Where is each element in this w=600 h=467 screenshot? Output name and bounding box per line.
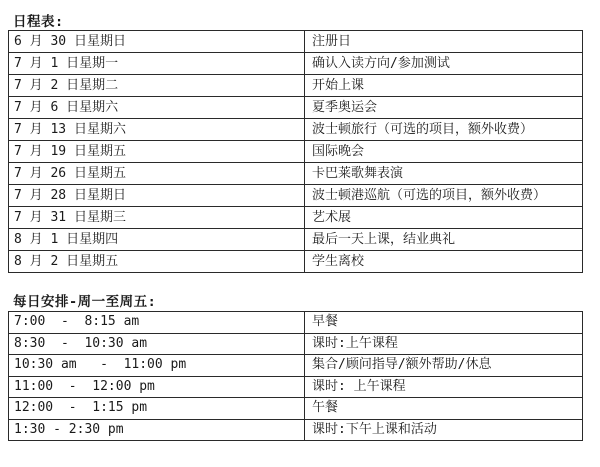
- table-row: 7 月 2 日星期二 开始上课: [9, 75, 583, 97]
- table-row: 8:30 - 10:30 am 课时:上午课程: [9, 333, 583, 355]
- time-cell: 8:30 - 10:30 am: [9, 333, 305, 355]
- event-cell: 艺术展: [305, 207, 583, 229]
- date-cell: 7 月 2 日星期二: [9, 75, 305, 97]
- schedule-title: 日程表:: [13, 10, 64, 30]
- schedule-table: 6 月 30 日星期日 注册日 7 月 1 日星期一 确认入读方向/参加测试 7…: [8, 30, 583, 273]
- event-cell: 确认入读方向/参加测试: [305, 53, 583, 75]
- table-row: 7 月 13 日星期六 波士顿旅行（可选的项目，额外收费）: [9, 119, 583, 141]
- activity-cell: 午餐: [305, 398, 583, 420]
- table-row: 10:30 am - 11:00 pm 集合/顾问指导/额外帮助/休息: [9, 355, 583, 377]
- time-cell: 7:00 - 8:15 am: [9, 312, 305, 334]
- date-cell: 7 月 19 日星期五: [9, 141, 305, 163]
- time-cell: 1:30 - 2:30 pm: [9, 419, 305, 441]
- table-row: 12:00 - 1:15 pm 午餐: [9, 398, 583, 420]
- daily-schedule-title: 每日安排-周一至周五:: [13, 290, 156, 310]
- date-cell: 7 月 6 日星期六: [9, 97, 305, 119]
- event-cell: 最后一天上课，结业典礼: [305, 229, 583, 251]
- date-cell: 7 月 26 日星期五: [9, 163, 305, 185]
- date-cell: 7 月 1 日星期一: [9, 53, 305, 75]
- table-row: 7 月 1 日星期一 确认入读方向/参加测试: [9, 53, 583, 75]
- table-row: 1:30 - 2:30 pm 课时:下午上课和活动: [9, 419, 583, 441]
- table-row: 7 月 19 日星期五 国际晚会: [9, 141, 583, 163]
- table-row: 7 月 28 日星期日 波士顿港巡航（可选的项目，额外收费）: [9, 185, 583, 207]
- event-cell: 波士顿旅行（可选的项目，额外收费）: [305, 119, 583, 141]
- table-row: 8 月 1 日星期四 最后一天上课，结业典礼: [9, 229, 583, 251]
- date-cell: 8 月 2 日星期五: [9, 251, 305, 273]
- time-cell: 10:30 am - 11:00 pm: [9, 355, 305, 377]
- event-cell: 卡巴莱歌舞表演: [305, 163, 583, 185]
- activity-cell: 课时: 上午课程: [305, 376, 583, 398]
- activity-cell: 集合/顾问指导/额外帮助/休息: [305, 355, 583, 377]
- document-page: 日程表: 6 月 30 日星期日 注册日 7 月 1 日星期一 确认入读方向/参…: [0, 0, 600, 467]
- date-cell: 6 月 30 日星期日: [9, 31, 305, 53]
- activity-cell: 早餐: [305, 312, 583, 334]
- event-cell: 波士顿港巡航（可选的项目，额外收费）: [305, 185, 583, 207]
- table-row: 7 月 31 日星期三 艺术展: [9, 207, 583, 229]
- event-cell: 注册日: [305, 31, 583, 53]
- activity-cell: 课时:下午上课和活动: [305, 419, 583, 441]
- daily-schedule-table: 7:00 - 8:15 am 早餐 8:30 - 10:30 am 课时:上午课…: [8, 311, 583, 441]
- activity-cell: 课时:上午课程: [305, 333, 583, 355]
- event-cell: 开始上课: [305, 75, 583, 97]
- table-row: 7 月 6 日星期六 夏季奥运会: [9, 97, 583, 119]
- table-row: 7:00 - 8:15 am 早餐: [9, 312, 583, 334]
- time-cell: 12:00 - 1:15 pm: [9, 398, 305, 420]
- event-cell: 夏季奥运会: [305, 97, 583, 119]
- table-row: 6 月 30 日星期日 注册日: [9, 31, 583, 53]
- date-cell: 7 月 31 日星期三: [9, 207, 305, 229]
- time-cell: 11:00 - 12:00 pm: [9, 376, 305, 398]
- date-cell: 7 月 13 日星期六: [9, 119, 305, 141]
- date-cell: 8 月 1 日星期四: [9, 229, 305, 251]
- event-cell: 学生离校: [305, 251, 583, 273]
- event-cell: 国际晚会: [305, 141, 583, 163]
- table-row: 8 月 2 日星期五 学生离校: [9, 251, 583, 273]
- date-cell: 7 月 28 日星期日: [9, 185, 305, 207]
- table-row: 11:00 - 12:00 pm 课时: 上午课程: [9, 376, 583, 398]
- table-row: 7 月 26 日星期五 卡巴莱歌舞表演: [9, 163, 583, 185]
